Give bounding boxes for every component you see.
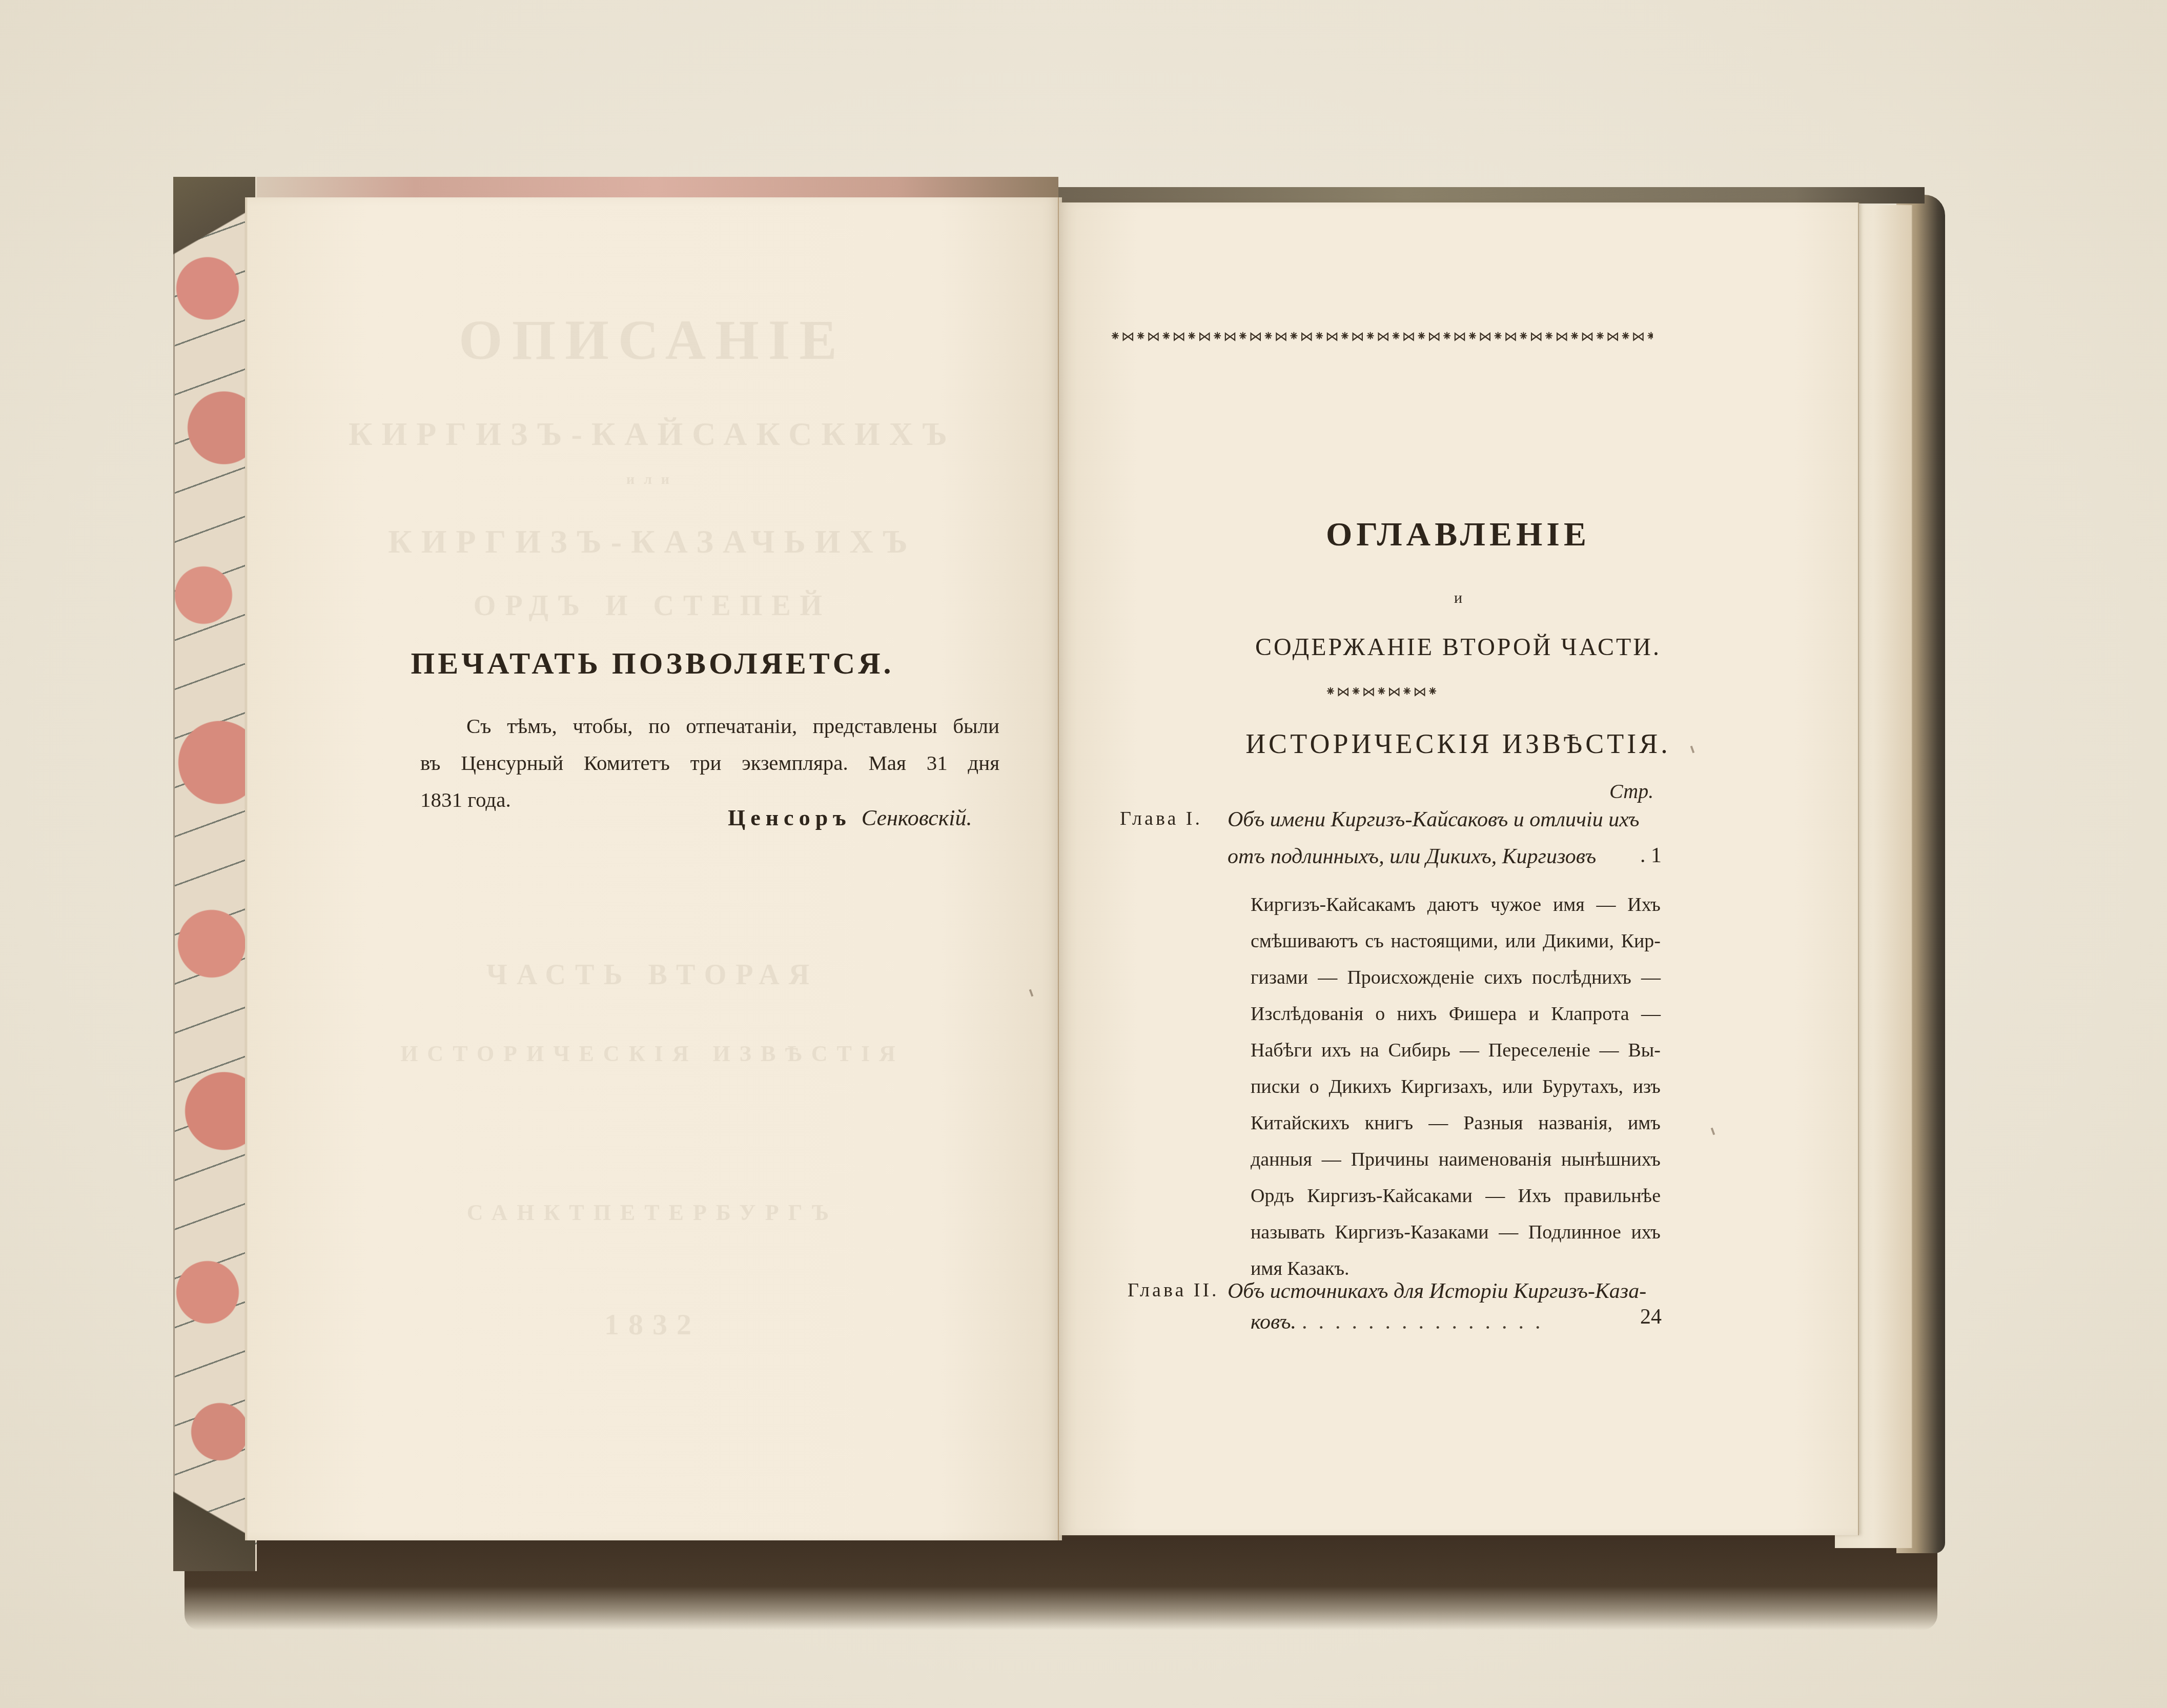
imprimatur-text: Съ тѣмъ, чтобы, по отпечатаніи, представ…: [420, 707, 999, 818]
bleed-through-text: КИРГИЗЪ-КАЙСАКСКИХЪ: [245, 415, 1060, 453]
top-cover-edge-left: [254, 177, 1058, 198]
chapter-2-title: Объ источникахъ для Исторіи Киргизъ-Каза…: [1228, 1279, 1646, 1304]
summary-line: гизами — Происхожденіе сихъ послѣднихъ —: [1251, 960, 1661, 996]
page-column-label: Стр.: [1609, 779, 1653, 803]
leather-corner-bottom: [173, 1461, 255, 1571]
ornamental-rule-small: ⁕⋈⁕⋈⁕⋈⁕⋈⁕⋈⁕: [1325, 684, 1438, 700]
book-gutter: [1058, 197, 1059, 1540]
bleed-through-text: САНКТПЕТЕРБУРГЪ: [245, 1199, 1060, 1226]
chapter-2-label: Глава II.: [1128, 1279, 1219, 1302]
bleed-through-text: ОПИСАНІЕ: [245, 308, 1060, 373]
dot-leader: ...............: [1302, 1310, 1552, 1334]
chapter-1-page-number: . 1: [1640, 843, 1662, 868]
summary-line: смѣшиваютъ съ настоящими, или Дикими, Ки…: [1251, 923, 1661, 960]
summary-line: данныя — Причины наименованія нынѣшнихъ: [1251, 1142, 1661, 1178]
summary-line: писки о Дикихъ Киргизахъ, или Бурутахъ, …: [1251, 1069, 1661, 1105]
summary-line: Ордъ Киргизъ-Кайсаками — Ихъ правильнѣе: [1251, 1178, 1661, 1214]
toc-conjunction: и: [1058, 589, 1858, 607]
bleed-through-text: ИСТОРИЧЕСКІЯ ИЗВѢСТІЯ: [245, 1041, 1060, 1067]
summary-line: называть Киргизъ-Казаками — Подлинное их…: [1251, 1214, 1661, 1251]
summary-line: Изслѣдованія о нихъ Фишера и Клапрота —: [1251, 996, 1661, 1032]
chapter-1-title: Объ имени Киргизъ-Кайсаковъ и отличіи их…: [1228, 807, 1640, 832]
bleed-through-text: ЧАСТЬ ВТОРАЯ: [245, 959, 1060, 991]
leather-corner-top: [173, 177, 255, 269]
imprimatur-line: въ Ценсурный Комитетъ три экземпляра. Ма…: [420, 744, 999, 781]
toc-subtitle: СОДЕРЖАНІЕ ВТОРОЙ ЧАСТИ.: [1058, 633, 1858, 661]
right-page: [1058, 202, 1859, 1535]
chapter-1-summary: Киргизъ-Кайсакамъ даютъ чужое имя — Ихъ …: [1251, 887, 1661, 1287]
toc-title: ОГЛАВЛЕНІЕ: [1058, 515, 1858, 554]
imprimatur-line: Съ тѣмъ, чтобы, по отпечатаніи, представ…: [420, 707, 999, 744]
censor-name: Сенковскій.: [862, 805, 972, 830]
summary-line: Китайскихъ книгъ — Разныя названія, имъ: [1251, 1105, 1661, 1142]
bleed-through-text: КИРГИЗЪ-КАЗАЧЬИХЪ: [245, 523, 1060, 561]
marbled-cover-strip: [173, 177, 257, 1571]
summary-line: Киргизъ-Кайсакамъ даютъ чужое имя — Ихъ: [1251, 887, 1661, 923]
top-cover-edge-right: [1058, 187, 1925, 204]
censor-signature: ЦенсоръСенковскій.: [728, 805, 972, 831]
chapter-2-page-number: 24: [1640, 1305, 1662, 1329]
summary-line: Набѣги ихъ на Сибирь — Переселеніе — Вы-: [1251, 1032, 1661, 1069]
chapter-1-title: отъ подлинныхъ, или Дикихъ, Киргизовъ: [1228, 844, 1596, 869]
book-bottom-edge-shadow: [185, 1533, 1937, 1630]
chapter-2-title: ковъ.: [1251, 1310, 1296, 1334]
ornamental-rule-top: ⁕⋈⁕⋈⁕⋈⁕⋈⁕⋈⁕⋈⁕⋈⁕⋈⁕⋈⁕⋈⁕⋈⁕⋈⁕⋈⁕⋈⁕⋈⁕⋈⁕⋈⁕⋈⁕⋈⁕⋈…: [1110, 328, 1653, 345]
bleed-through-text: ОРДЪ И СТЕПЕЙ: [245, 589, 1060, 622]
chapter-1-label: Глава I.: [1120, 807, 1202, 830]
imprimatur-heading: ПЕЧАТАТЬ ПОЗВОЛЯЕТСЯ.: [245, 646, 1060, 681]
bleed-through-text: или: [245, 472, 1060, 488]
bleed-through-text: 1832: [245, 1307, 1060, 1341]
censor-label: Ценсоръ: [728, 805, 851, 830]
section-title: ИСТОРИЧЕСКІЯ ИЗВѢСТІЯ.: [1058, 728, 1858, 760]
